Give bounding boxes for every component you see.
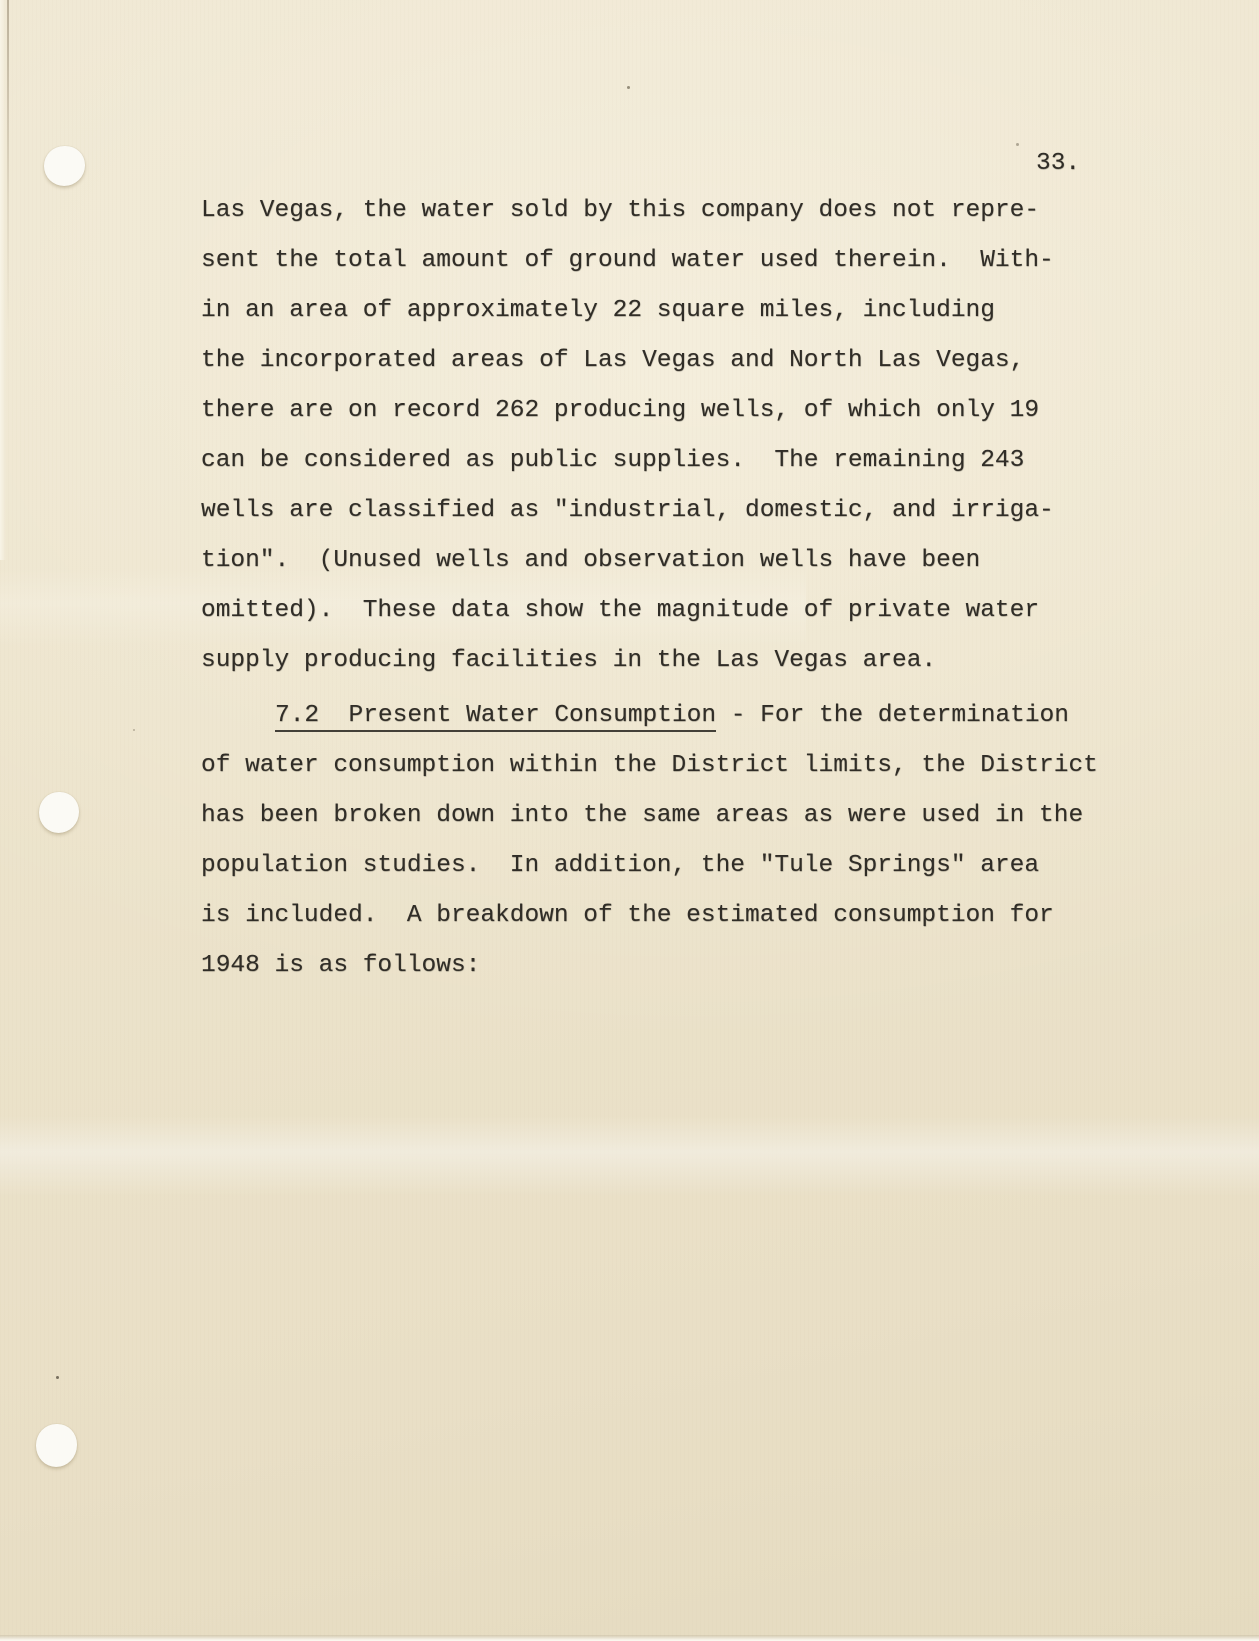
page-bottom-edge [0,1635,1259,1641]
paper-speck [627,86,630,89]
paper-speck [1016,143,1019,146]
page-left-edge [0,0,6,560]
section-heading-rest-text: - For the determination [716,702,1069,729]
text-line: there are on record 262 producing wells,… [201,386,1131,436]
text-line: of water consumption within the District… [201,741,1131,791]
text-line: sent the total amount of ground water us… [201,236,1131,286]
document-text: Las Vegas, the water sold by this compan… [201,186,1131,991]
paper-speck [56,1376,59,1379]
text-line: 1948 is as follows: [201,941,1131,991]
page-left-crease [7,0,9,330]
text-line: omitted). These data show the magnitude … [201,586,1131,636]
text-line: Las Vegas, the water sold by this compan… [201,186,1131,236]
text-line: has been broken down into the same areas… [201,791,1131,841]
text-line: tion". (Unused wells and observation wel… [201,536,1131,586]
section-heading: 7.2 Present Water Consumption - For the … [201,691,1131,741]
punch-hole [44,146,85,186]
paper-fold-band [0,1116,1259,1196]
text-line: supply producing facilities in the Las V… [201,636,1131,686]
paper-speck [133,729,135,731]
section-heading-underlined-text: 7.2 Present Water Consumption [275,702,716,732]
text-line: the incorporated areas of Las Vegas and … [201,336,1131,386]
page-number: 33. [1036,139,1080,189]
text-line: is included. A breakdown of the estimate… [201,891,1131,941]
punch-hole [36,1424,77,1467]
document-page: 33. Las Vegas, the water sold by this co… [0,0,1259,1641]
punch-hole [39,792,79,833]
text-line: in an area of approximately 22 square mi… [201,286,1131,336]
text-line: wells are classified as "industrial, dom… [201,486,1131,536]
text-line: can be considered as public supplies. Th… [201,436,1131,486]
text-line: population studies. In addition, the "Tu… [201,841,1131,891]
